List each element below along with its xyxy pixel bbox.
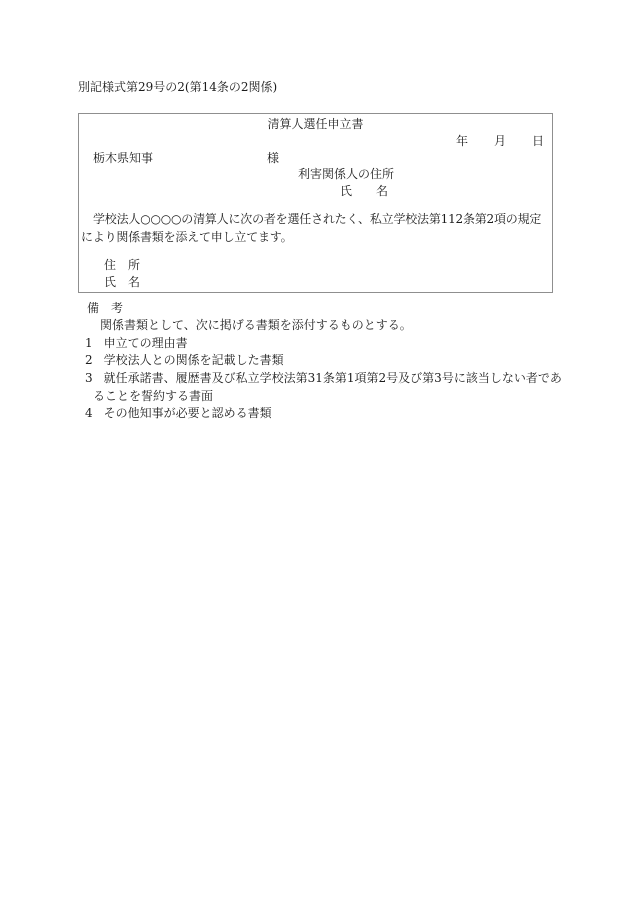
form-title: 清算人選任申立書: [79, 116, 552, 134]
remark-list-item: 3就任承諾書、履歴書及び私立学校法第31条第1項第2号及び第3号に該当しない者で…: [85, 370, 573, 405]
interested-party-name-label: 氏 名: [340, 183, 388, 201]
remark-item-number: 1: [85, 336, 93, 350]
remarks-intro: 関係書類として、次に掲げる書類を添付するものとする。: [100, 317, 412, 335]
date-month-label: 月: [494, 133, 506, 151]
name-field-label: 氏 名: [104, 274, 140, 292]
remark-list-item: 4その他知事が必要と認める書類: [85, 405, 573, 423]
remarks-heading: 備 考: [87, 300, 123, 318]
remark-item-text: 学校法人との関係を記載した書類: [104, 353, 284, 367]
remark-list-item: 2学校法人との関係を記載した書類: [85, 352, 573, 370]
remark-item-text: 申立ての理由書: [104, 336, 188, 350]
remark-item-number: 2: [85, 353, 93, 367]
remark-item-number: 3: [85, 371, 93, 385]
address-field-label: 住 所: [104, 257, 140, 275]
form-body-text: 学校法人○○○○の清算人に次の者を選任されたく、私立学校法第112条第2項の規定…: [81, 211, 551, 246]
honorific-label: 様: [267, 150, 279, 168]
remark-item-text: その他知事が必要と認める書類: [104, 406, 272, 420]
addressee-governor-label: 栃木県知事: [93, 150, 153, 168]
date-year-label: 年: [456, 133, 468, 151]
document-page: 別記様式第29号の2(第14条の2関係) 清算人選任申立書 年 月 日 栃木県知…: [0, 0, 630, 903]
date-line: 年 月 日: [456, 133, 544, 151]
remark-item-text: 就任承諾書、履歴書及び私立学校法第31条第1項第2号及び第3号に該当しない者であ…: [93, 371, 562, 403]
interested-party-address-label: 利害関係人の住所: [298, 166, 394, 184]
application-form-box: 清算人選任申立書 年 月 日 栃木県知事 様 利害関係人の住所 氏 名 学校法人…: [78, 113, 553, 293]
remark-item-number: 4: [85, 406, 93, 420]
form-number-label: 別記様式第29号の2(第14条の2関係): [78, 79, 277, 97]
remark-list-item: 1申立ての理由書: [85, 335, 573, 353]
date-day-label: 日: [532, 133, 544, 151]
